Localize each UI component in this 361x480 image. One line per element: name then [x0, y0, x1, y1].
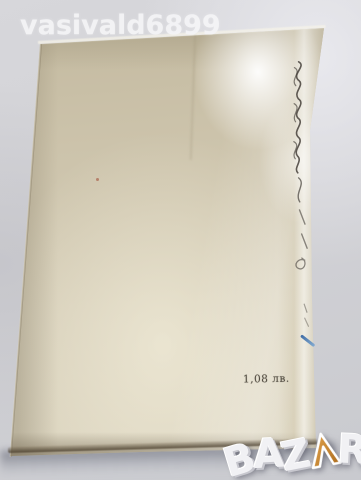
product-photo: 1,08 лв. vasivald6899 BAZ R: [0, 0, 361, 480]
handwritten-inscription: [275, 51, 329, 338]
seller-watermark: vasivald6899: [20, 10, 221, 41]
price-label: 1,08 лв.: [243, 372, 303, 385]
logo-letter-r: R: [337, 429, 361, 470]
cover-speck: [96, 178, 99, 181]
